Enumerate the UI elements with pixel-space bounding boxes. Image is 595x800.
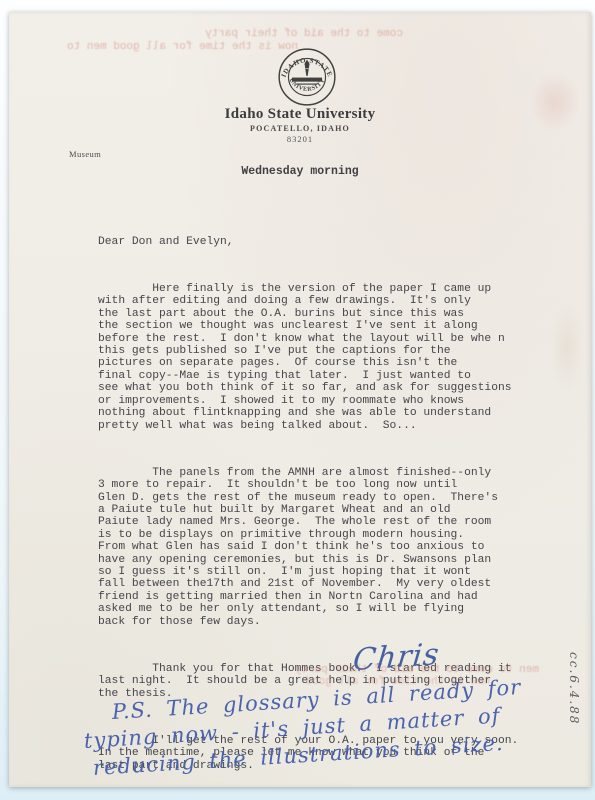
letter-paper: come to the aid of their party now is th… — [9, 12, 591, 787]
salutation: Dear Don and Evelyn, — [98, 236, 530, 248]
signature: Chris — [351, 637, 441, 678]
archive-code: cc.6.4.88 — [567, 652, 581, 725]
university-name: Idaho State University — [9, 106, 591, 123]
letterhead-city: POCATELLO, IDAHO — [9, 124, 591, 133]
letter-dateline: Wednesday morning — [9, 165, 591, 178]
letter-paragraph: The panels from the AMNH are almost fini… — [98, 467, 530, 628]
bleedthrough-text: now is the time for all good men to — [67, 41, 403, 54]
museum-stamp: Museum — [69, 149, 101, 159]
letter-paragraph: Here finally is the version of the paper… — [98, 283, 530, 432]
university-seal-icon: IDAHO STATE UNIVERSITY — [278, 48, 336, 106]
letterhead-zip: 83201 — [9, 134, 591, 144]
bleedthrough-text: come to the aid of their party — [67, 28, 403, 41]
paper-stain — [529, 72, 581, 132]
paper-stain — [549, 302, 585, 392]
